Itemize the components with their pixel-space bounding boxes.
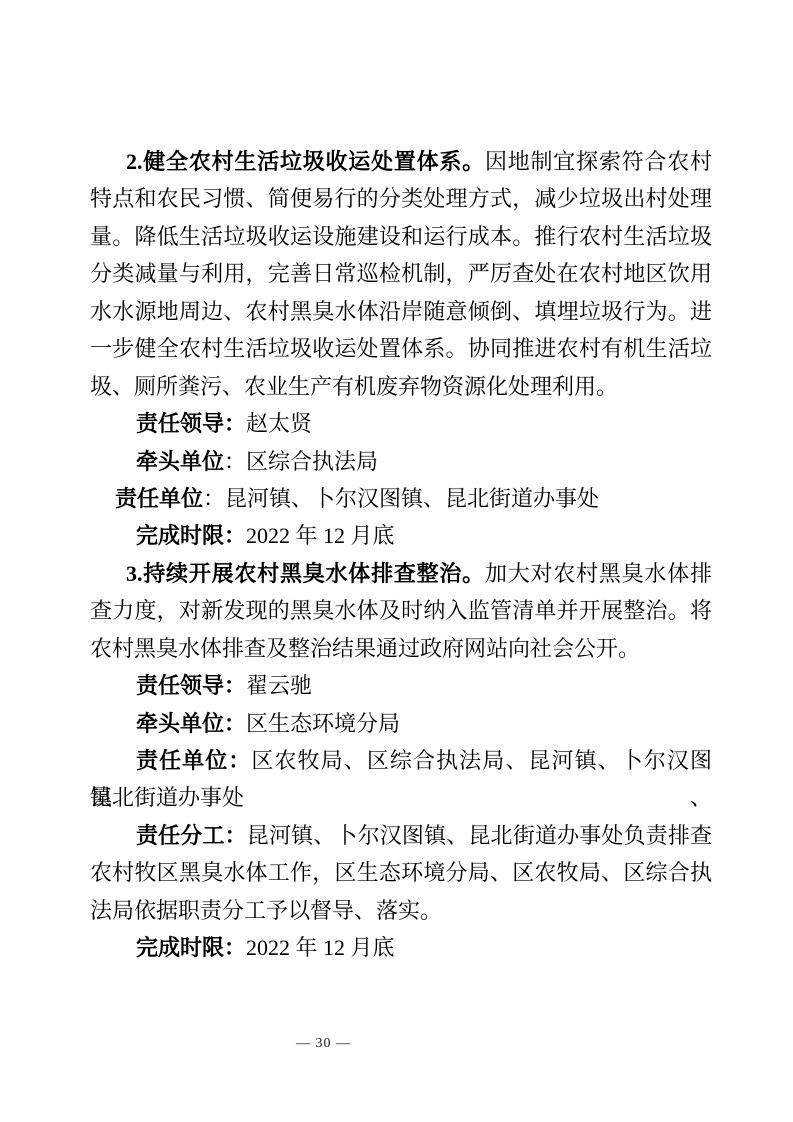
responsible-leader-line: 责任领导：翟云驰 — [90, 667, 712, 704]
page-number: — 30 — — [296, 1036, 351, 1052]
section-2-body-line: 水水源地周边、农村黑臭水体沿岸随意倾倒、填埋垃圾行为。进 — [90, 293, 712, 330]
responsible-leader-label: 责任领导： — [136, 411, 246, 436]
section-2-body-line-last: 圾、厕所粪污、农业生产有机废弃物资源化处理利用。 — [90, 368, 712, 405]
responsible-unit-label: 责任单位 — [115, 486, 203, 511]
duty-division-value: 昆河镇、卜尔汉图镇、昆北街道办事处负责排查 — [247, 823, 712, 848]
section-2-heading-line: 2.健全农村生活垃圾收运处置体系。因地制宜探索符合农村 — [90, 143, 712, 180]
deadline-value: 2022 年 12 月底 — [246, 523, 395, 548]
responsible-unit-value: ：昆河镇、卜尔汉图镇、昆北街道办事处 — [203, 486, 599, 511]
document-body: 2.健全农村生活垃圾收运处置体系。因地制宜探索符合农村 特点和农民习惯、简便易行… — [90, 143, 712, 967]
lead-unit-label: 牵头单位： — [136, 711, 246, 736]
deadline-value: 2022 年 12 月底 — [246, 935, 395, 960]
responsible-leader-label: 责任领导： — [136, 673, 246, 698]
responsible-unit-line: 责任单位：区农牧局、区综合执法局、昆河镇、卜尔汉图镇、 — [90, 742, 712, 779]
section-3-body-line-last: 农村黑臭水体排查及整治结果通过政府网站向社会公开。 — [90, 630, 712, 667]
deadline-label: 完成时限： — [136, 935, 246, 960]
lead-unit-line: 牵头单位：区生态环境分局 — [90, 705, 712, 742]
section-3-heading: 3.持续开展农村黑臭水体排查整治。 — [126, 561, 485, 586]
responsible-leader-line: 责任领导：赵太贤 — [90, 405, 712, 442]
deadline-line: 完成时限：2022 年 12 月底 — [90, 929, 712, 966]
section-2-heading: 2.健全农村生活垃圾收运处置体系。 — [126, 149, 485, 174]
duty-division-wrap-line: 农村牧区黑臭水体工作，区生态环境分局、区农牧局、区综合执 — [90, 854, 712, 891]
section-3-body-line: 查力度，对新发现的黑臭水体及时纳入监管清单并开展整治。将 — [90, 592, 712, 629]
section-2-body-line: 量。降低生活垃圾收运设施建设和运行成本。推行农村生活垃圾 — [90, 218, 712, 255]
lead-unit-value: 区生态环境分局 — [246, 711, 400, 736]
section-2-body-line: 特点和农民习惯、简便易行的分类处理方式，减少垃圾出村处理 — [90, 180, 712, 217]
section-3-heading-tail: 加大对农村黑臭水体排 — [485, 561, 712, 586]
duty-division-wrap-line-last: 法局依据职责分工予以督导、落实。 — [90, 892, 712, 929]
lead-unit-label: 牵头单位 — [136, 449, 224, 474]
responsible-unit-line: 责任单位：昆河镇、卜尔汉图镇、昆北街道办事处 — [90, 480, 712, 517]
section-3-heading-line: 3.持续开展农村黑臭水体排查整治。加大对农村黑臭水体排 — [90, 555, 712, 592]
section-2-body-line: 一步健全农村生活垃圾收运处置体系。协同推进农村有机生活垃 — [90, 330, 712, 367]
document-page: 2.健全农村生活垃圾收运处置体系。因地制宜探索符合农村 特点和农民习惯、简便易行… — [0, 0, 793, 1122]
responsible-leader-value: 赵太贤 — [246, 411, 312, 436]
deadline-line: 完成时限：2022 年 12 月底 — [90, 517, 712, 554]
lead-unit-line: 牵头单位：区综合执法局 — [90, 443, 712, 480]
section-2-heading-tail: 因地制宜探索符合农村 — [485, 149, 712, 174]
deadline-label: 完成时限： — [136, 523, 246, 548]
duty-division-label: 责任分工： — [136, 823, 247, 848]
responsible-unit-label: 责任单位： — [136, 748, 251, 773]
lead-unit-value: ：区综合执法局 — [224, 449, 378, 474]
responsible-leader-value: 翟云驰 — [246, 673, 312, 698]
section-2-body-line: 分类减量与利用，完善日常巡检机制，严厉查处在农村地区饮用 — [90, 255, 712, 292]
duty-division-line: 责任分工：昆河镇、卜尔汉图镇、昆北街道办事处负责排查 — [90, 817, 712, 854]
